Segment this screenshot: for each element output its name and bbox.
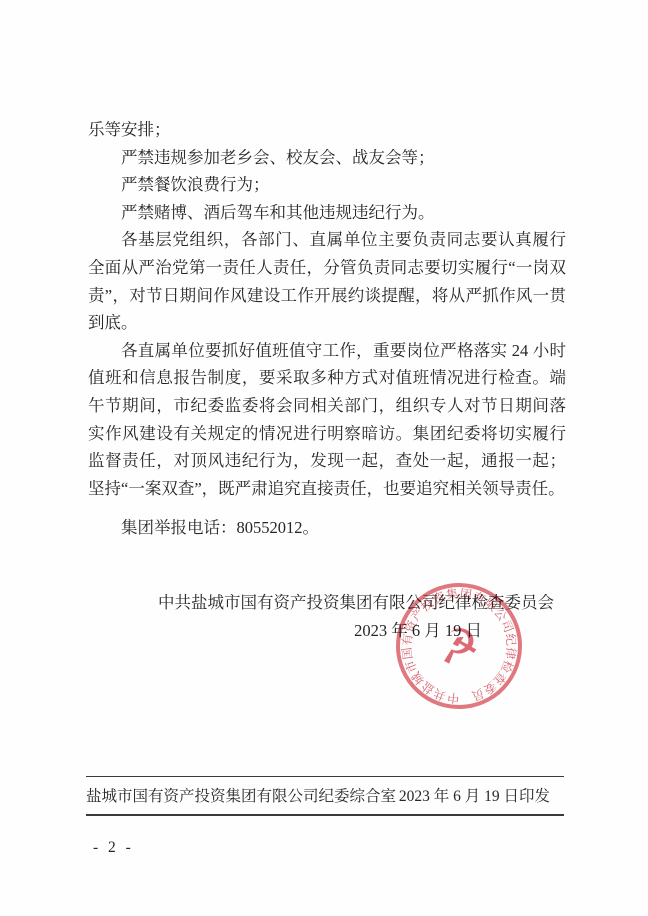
report-hotline: 集团举报电话：80552012。 (88, 514, 566, 542)
signature-date: 2023 年 6 月 19 日 (88, 617, 566, 645)
signature-block: 中共盐城市国有资产投资集团有限公司纪律检查委员会 2023 年 6 月 19 日 (88, 589, 566, 645)
signature-organization: 中共盐城市国有资产投资集团有限公司纪律检查委员会 (88, 589, 566, 617)
body-paragraph: 各基层党组织，各部门、直属单位主要负责同志要认真履行全面从严治党第一责任人责任，… (88, 226, 566, 336)
colophon-print-date: 2023 年 6 月 19 日印发 (399, 784, 564, 806)
colophon: 盐城市国有资产投资集团有限公司纪委综合室 2023 年 6 月 19 日印发 (86, 776, 564, 816)
page-number: - 2 - (93, 839, 134, 857)
body-paragraph: 各直属单位要抓好值班值守工作，重要岗位严格落实 24 小时值班和信息报告制度，要… (88, 337, 566, 503)
colophon-issuer: 盐城市国有资产投资集团有限公司纪委综合室 (86, 784, 396, 806)
body-paragraph: 严禁餐饮浪费行为； (88, 171, 566, 199)
body-paragraph: 严禁赌博、酒后驾车和其他违规违纪行为。 (88, 199, 566, 227)
body-paragraph: 严禁违规参加老乡会、校友会、战友会等； (88, 144, 566, 172)
document-page: 乐等安排； 严禁违规参加老乡会、校友会、战友会等； 严禁餐饮浪费行为； 严禁赌博… (0, 0, 648, 916)
body-paragraph: 乐等安排； (88, 116, 566, 144)
document-body: 乐等安排； 严禁违规参加老乡会、校友会、战友会等； 严禁餐饮浪费行为； 严禁赌博… (88, 116, 566, 645)
